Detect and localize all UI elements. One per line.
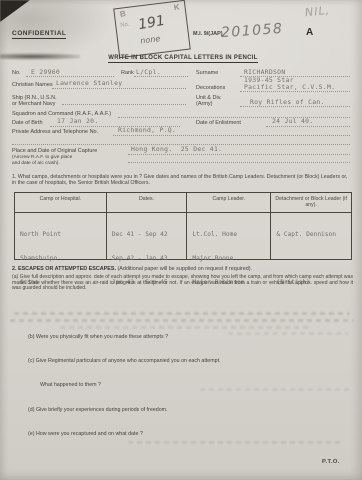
- copy-letter: A: [306, 27, 313, 38]
- question-2d-text: (d) Give briefly your experiences during…: [28, 407, 168, 413]
- col-header-camp-leader: Camp Leader.: [186, 193, 270, 212]
- stamp-number-handwritten: 191: [137, 13, 166, 33]
- table-cell: Lt.Col. Home: [192, 231, 270, 239]
- capture-sublabel-line2: and date of a/c crash).: [12, 161, 60, 166]
- nil-pencil-note: NIL,: [304, 4, 330, 20]
- table-cell: & Capt. Dennison: [276, 231, 351, 239]
- ghost-print-artifact: [10, 319, 354, 322]
- no-value: E 29960: [31, 69, 60, 76]
- dotted-rule: [128, 162, 350, 163]
- question-2-title: 2. ESCAPES OR ATTEMPTED ESCAPES. (Additi…: [12, 266, 252, 272]
- no-label: No.: [12, 70, 21, 76]
- dates-column: Dec 41 - Sep 42 Sep 42 - Jan 43 Jan 43 -…: [106, 213, 187, 259]
- form-reference: M.I. 9/(JAP): [193, 31, 223, 37]
- block-number-stamp: B K No. 191 none: [113, 0, 191, 58]
- pto-marking: P.T.O.: [322, 459, 340, 465]
- date-of-enlistment-value: 24 Jul 40.: [272, 118, 313, 125]
- capture-value: Hong Kong. 25 Dec 41.: [131, 146, 222, 153]
- ghost-print-artifact: [14, 312, 350, 315]
- dotted-rule: [26, 76, 114, 77]
- dotted-rule: [118, 117, 350, 118]
- detachment-leader-column: & Capt. Dennison (British): [270, 213, 351, 259]
- question-2a-text: (a) Give full description and approx. da…: [12, 275, 353, 292]
- ghost-print-artifact: [228, 332, 348, 335]
- camp-leader-column: Lt.Col. Home Major Boone Major Robinson: [186, 213, 270, 259]
- decorations-label: Decorations: [196, 85, 225, 91]
- block-capitals-instruction: WRITE IN BLOCK CAPITAL LETTERS IN PENCIL: [58, 55, 308, 61]
- camps-table: Camp or Hospital. Dates. Camp Leader. De…: [14, 192, 352, 260]
- christian-names-label: Christian Names: [12, 82, 53, 88]
- ship-label-line2: or Merchant Navy: [12, 101, 55, 107]
- camp-column: North Point Shamshuipo Omine: [15, 213, 106, 259]
- unit-label-line2: (Army): [196, 101, 213, 107]
- table-cell: Sep 42 - Jan 43: [112, 255, 187, 263]
- scanned-pow-questionnaire: CONFIDENTIAL B K No. 191 none M.I. 9/(JA…: [0, 0, 362, 480]
- unit-value: Roy Rifles of Can.: [250, 99, 325, 106]
- question-2b-text: (b) Were you physically fit when you mad…: [28, 334, 168, 340]
- question-2-title-note: (Additional paper will be supplied on re…: [117, 266, 252, 272]
- surname-label: Surname: [196, 70, 218, 76]
- stamp-letter-right: K: [173, 3, 180, 13]
- question-1-text: 1. What camps, detachments or hospitals …: [12, 174, 352, 186]
- camps-table-body: North Point Shamshuipo Omine Dec 41 - Se…: [15, 213, 351, 259]
- col-header-detachment-leader: Detachment or Block Leader (if any).: [270, 193, 351, 212]
- dotted-rule: [240, 91, 350, 92]
- question-2-title-main: 2. ESCAPES OR ATTEMPTED ESCAPES.: [12, 266, 116, 272]
- address-value: Richmond, P.Q.: [118, 127, 176, 134]
- stamp-script-word: none: [140, 34, 161, 45]
- question-2e-text: (e) How were you recaptured and on what …: [28, 431, 143, 437]
- ghost-print-artifact: [60, 326, 310, 329]
- question-2c-text: (c) Give Regimental particulars of anyon…: [28, 358, 221, 364]
- capture-sublabel-line1: (Aircrew R.A.F. to give place: [12, 155, 72, 160]
- ghost-print-artifact: [200, 388, 350, 391]
- rank-label: Rank: [121, 70, 134, 76]
- table-cell: Shamshuipo: [20, 255, 106, 263]
- dotted-rule: [240, 106, 350, 107]
- stamp-letter-left: B: [119, 9, 126, 19]
- dotted-rule: [128, 154, 350, 155]
- block-capitals-instruction-text: WRITE IN BLOCK CAPITAL LETTERS IN PENCIL: [108, 55, 257, 63]
- address-label: Private Address and Telephone No.: [12, 129, 98, 135]
- table-cell: [276, 255, 351, 263]
- dotted-rule: [62, 104, 186, 105]
- table-cell: North Point: [20, 231, 106, 239]
- stamp-no-label: No.: [120, 22, 130, 29]
- dotted-rule: [52, 88, 186, 89]
- christian-names-value: Lawrence Stanley: [56, 80, 122, 87]
- ghost-print-artifact: [128, 441, 343, 444]
- decorations-value-line2: Pacific Star, C.V.S.M.: [244, 84, 335, 91]
- confidential-marking: CONFIDENTIAL: [12, 30, 66, 39]
- rank-value: L/Cpl.: [136, 69, 161, 76]
- question-2c2-text: What happened to them ?: [40, 382, 101, 388]
- dotted-rule: [266, 126, 350, 127]
- col-header-dates: Dates.: [106, 193, 187, 212]
- date-of-birth-label: Date of Birth: [12, 120, 43, 126]
- date-of-birth-value: 17 Jan 20.: [57, 118, 98, 125]
- dotted-rule: [113, 135, 350, 136]
- table-cell: Major Boone: [192, 255, 270, 263]
- date-of-enlistment-label: Date of Enlistment: [196, 120, 241, 126]
- camps-table-header-row: Camp or Hospital. Dates. Camp Leader. De…: [15, 193, 351, 213]
- capture-label: Place and Date of Original Capture: [12, 148, 97, 154]
- dotted-rule: [134, 76, 188, 77]
- surname-value: RICHARDSON: [244, 69, 285, 76]
- table-cell: Dec 41 - Sep 42: [112, 231, 187, 239]
- col-header-camp: Camp or Hospital.: [15, 193, 106, 212]
